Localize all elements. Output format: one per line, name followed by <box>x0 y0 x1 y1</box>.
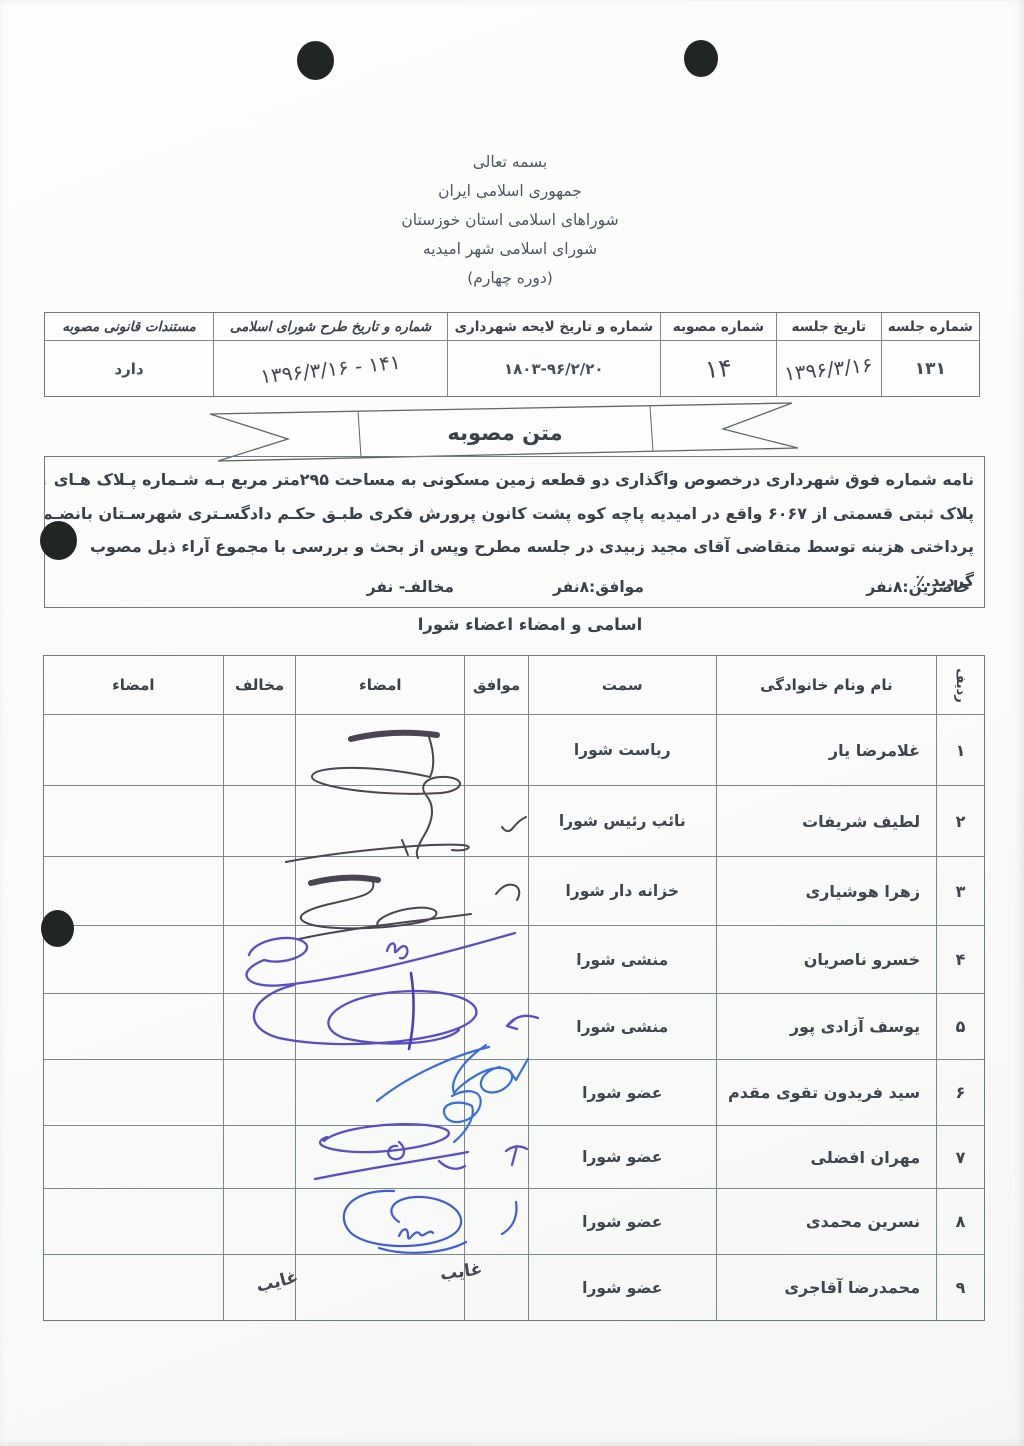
printed-value: ۱۳۱ <box>882 341 979 396</box>
info-column: مستندات قانونی مصوبهدارد <box>45 313 213 396</box>
signature-cell <box>295 994 464 1059</box>
row-number-cell: ۳ <box>936 857 984 925</box>
letterhead-line: جمهوری اسلامی ایران <box>300 177 720 206</box>
letterhead-line: بسمه تعالی <box>300 148 720 177</box>
member-position-cell: عضو شورا <box>528 1255 716 1320</box>
table-row: ۸نسرین محمدیعضو شورا <box>44 1189 984 1255</box>
member-position-cell: ریاست شورا <box>528 715 716 785</box>
table-row: ۵یوسف آزادی پورمنشی شورا <box>44 994 984 1060</box>
letterhead-line: شوراهای اسلامی استان خوزستان <box>300 206 720 235</box>
banner-title: متن مصوبه <box>447 421 562 445</box>
info-column-label: شماره و تاریخ طرح شورای اسلامی <box>214 313 447 341</box>
members-column-header: امضاء <box>295 656 464 714</box>
table-row: ۲لطیف شریفاتنائب رئیس شورا <box>44 786 984 857</box>
member-name-cell: یوسف آزادی پور <box>716 994 937 1059</box>
table-row: ۷مهران افضلیعضو شورا <box>44 1126 984 1189</box>
member-position-cell: منشی شورا <box>528 994 716 1059</box>
info-column: شماره و تاریخ طرح شورای اسلامی۱۴۱ - ۱۳۹۶… <box>213 313 447 396</box>
approve-cell <box>464 994 528 1059</box>
hole-punch-mark <box>684 40 718 77</box>
info-column: تاریخ جلسه۱۳۹۶/۳/۱۶ <box>776 313 880 396</box>
row-number-cell: ۴ <box>936 926 984 993</box>
members-column-header: ردیف <box>936 656 984 714</box>
row-number-cell: ۵ <box>936 994 984 1059</box>
printed-value: ۱۸۰۳-۹۶/۲/۲۰ <box>448 341 660 396</box>
signature-cell <box>295 857 464 925</box>
table-row: ۹محمدرضا آقاجریعضو شورا <box>44 1255 984 1320</box>
oppose-cell <box>223 1189 296 1254</box>
info-column-label: شماره جلسه <box>882 313 979 341</box>
members-table-header: ردیفنام ونام خانوادگیسمتموافقامضاءمخالفا… <box>44 656 984 715</box>
document-letterhead: بسمه تعالیجمهوری اسلامی ایرانشوراهای اسل… <box>300 148 720 293</box>
handwritten-value: ۱۴۱ - ۱۳۹۶/۳/۱۶ <box>214 341 447 396</box>
approve-cell <box>464 1060 528 1125</box>
handwritten-value: ۱۴ <box>661 341 776 396</box>
row-number-cell: ۶ <box>936 1060 984 1125</box>
signature-cell <box>44 1255 223 1320</box>
signature-cell <box>44 857 223 925</box>
member-name-cell: محمدرضا آقاجری <box>716 1255 937 1320</box>
oppose-cell <box>223 857 296 925</box>
signature-cell <box>44 715 223 785</box>
oppose-cell <box>223 1060 296 1125</box>
resolution-line: نامه شماره فوق شهرداری درخصوص واگذاری دو… <box>45 463 984 497</box>
approve-cell <box>464 715 528 785</box>
member-name-cell: سید فریدون تقوی مقدم <box>716 1060 937 1125</box>
member-position-cell: خزانه دار شورا <box>528 857 716 925</box>
info-column: شماره مصوبه۱۴ <box>660 313 776 396</box>
oppose-cell <box>223 715 296 785</box>
member-name-cell: لطیف شریفات <box>716 786 937 856</box>
signature-cell <box>295 1060 464 1125</box>
row-number-cell: ۱ <box>936 715 984 785</box>
members-column-header: امضاء <box>44 656 223 714</box>
signature-cell <box>44 786 223 856</box>
hole-punch-mark <box>40 521 77 560</box>
table-row: ۱غلامرضا یارریاست شورا <box>44 715 984 786</box>
info-column-label: مستندات قانونی مصوبه <box>45 313 213 341</box>
member-position-cell: عضو شورا <box>528 1189 716 1254</box>
signature-cell <box>295 715 464 785</box>
approve-cell <box>464 786 528 856</box>
info-column: شماره جلسه۱۳۱ <box>881 313 979 396</box>
oppose-cell <box>223 994 296 1059</box>
member-position-cell: نائب رئیس شورا <box>528 786 716 856</box>
member-name-cell: نسرین محمدی <box>716 1189 937 1254</box>
resolution-line: پرداختی هزینه توسط متقاضی آقای مجید زبید… <box>45 530 984 597</box>
row-number-cell: ۸ <box>936 1189 984 1254</box>
oppose-cell <box>223 786 296 856</box>
resolution-line: پلاک ثبتی قسمتی از ۶۰۶۷ واقع در امیدیه پ… <box>45 497 984 531</box>
table-row: ۴خسرو ناصریانمنشی شورا <box>44 926 984 994</box>
approve-cell <box>464 1126 528 1188</box>
signature-cell <box>295 1189 464 1254</box>
oppose-cell <box>223 1126 296 1188</box>
members-column-header: نام ونام خانوادگی <box>716 656 937 714</box>
signature-cell <box>44 1060 223 1125</box>
info-column-label: شماره و تاریخ لایحه شهرداری <box>448 313 660 341</box>
table-row: ۳زهرا هوشیاریخزانه دار شورا <box>44 857 984 926</box>
members-signature-table: ردیفنام ونام خانوادگیسمتموافقامضاءمخالفا… <box>43 655 985 1321</box>
signature-cell <box>44 994 223 1059</box>
approve-cell <box>464 926 528 993</box>
hole-punch-mark <box>41 910 74 947</box>
member-name-cell: غلامرضا یار <box>716 715 937 785</box>
signature-cell <box>44 1189 223 1254</box>
row-number-cell: ۷ <box>936 1126 984 1188</box>
letterhead-line: شورای اسلامی شهر امیدیه <box>300 235 720 264</box>
member-position-cell: عضو شورا <box>528 1126 716 1188</box>
info-column: شماره و تاریخ لایحه شهرداری۱۸۰۳-۹۶/۲/۲۰ <box>447 313 660 396</box>
attendance-oppose: مخالفـ- نفر <box>367 578 454 596</box>
handwritten-value: ۱۳۹۶/۳/۱۶ <box>777 341 880 396</box>
members-column-header: سمت <box>528 656 716 714</box>
member-name-cell: زهرا هوشیاری <box>716 857 937 925</box>
signature-cell <box>295 786 464 856</box>
scanned-document-page: بسمه تعالیجمهوری اسلامی ایرانشوراهای اسل… <box>0 0 1024 1446</box>
row-number-cell: ۲ <box>936 786 984 856</box>
attendance-agree: موافق:۸نفر <box>553 578 644 596</box>
member-name-cell: خسرو ناصریان <box>716 926 937 993</box>
member-name-cell: مهران افضلی <box>716 1126 937 1188</box>
row-number-cell: ۹ <box>936 1255 984 1320</box>
hole-punch-mark <box>297 41 334 80</box>
printed-value: دارد <box>45 341 213 396</box>
members-column-header: موافق <box>464 656 528 714</box>
approve-cell <box>464 857 528 925</box>
signature-cell <box>44 1126 223 1188</box>
members-column-header: مخالف <box>223 656 296 714</box>
approve-cell <box>464 1189 528 1254</box>
letterhead-line: (دوره چهارم) <box>300 264 720 293</box>
resolution-text-box: نامه شماره فوق شهرداری درخصوص واگذاری دو… <box>44 456 985 608</box>
info-column-label: تاریخ جلسه <box>777 313 880 341</box>
members-section-title: اسامی و امضاء اعضاء شورا <box>330 615 730 634</box>
attendance-present: حاضرین:۸نفر <box>866 578 970 596</box>
signature-cell <box>295 926 464 993</box>
table-row: ۶سید فریدون تقوی مقدمعضو شورا <box>44 1060 984 1126</box>
member-position-cell: منشی شورا <box>528 926 716 993</box>
signature-cell <box>295 1126 464 1188</box>
member-position-cell: عضو شورا <box>528 1060 716 1125</box>
session-info-table: شماره جلسه۱۳۱تاریخ جلسه۱۳۹۶/۳/۱۶شماره مص… <box>44 312 980 397</box>
info-column-label: شماره مصوبه <box>661 313 776 341</box>
oppose-cell <box>223 926 296 993</box>
